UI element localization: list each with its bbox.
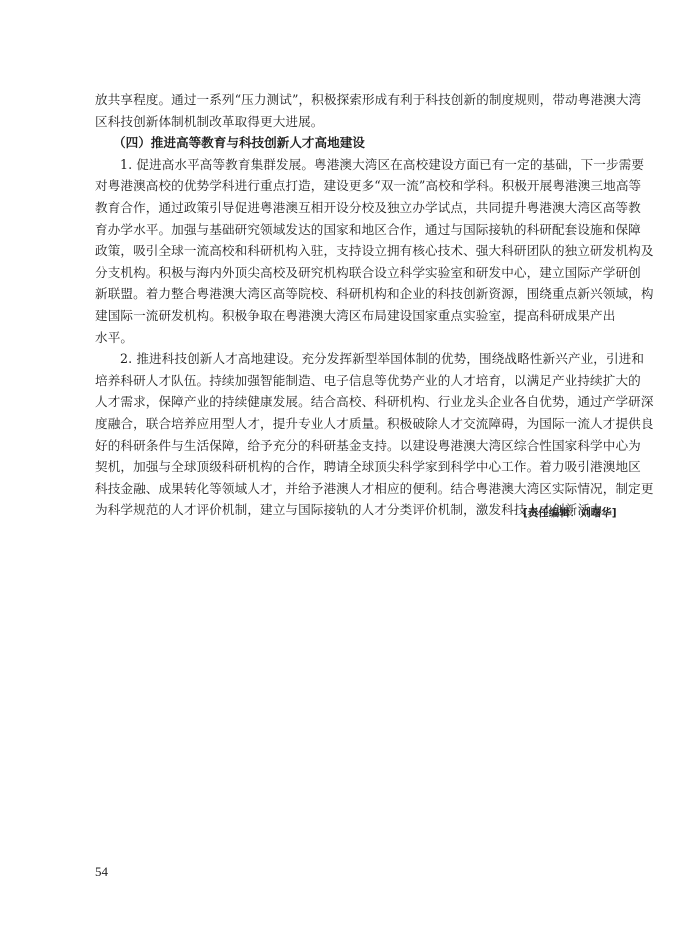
text-line: 建国际一流研发机构。积极争取在粤港澳大湾区布局建设国家重点实验室，提高科研成果产… bbox=[95, 305, 609, 327]
text-line: 对粤港澳高校的优势学科进行重点打造，建设更多“双一流”高校和学科。积极开展粤港澳… bbox=[95, 175, 609, 197]
text-line: 契机，加强与全球顶级科研机构的合作，聘请全球顶尖科学家到科学中心工作。着力吸引港… bbox=[95, 456, 609, 478]
responsible-editor: [责任编辑：刘曙华] bbox=[523, 505, 617, 520]
text-line: 区科技创新体制机制改革取得更大进展。 bbox=[95, 111, 609, 133]
article-body: 放共享程度。通过一系列“压力测试”，积极探索形成有利于科技创新的制度规则，带动粤… bbox=[95, 89, 609, 521]
text-line: 水平。 bbox=[95, 327, 609, 349]
text-line: 政策，吸引全球一流高校和科研机构入驻，支持设立拥有核心技术、强大科研团队的独立研… bbox=[95, 240, 609, 262]
text-line: 育办学水平。加强与基础研究领域发达的国家和地区合作，通过与国际接轨的科研配套设施… bbox=[95, 219, 609, 241]
text-line: 新联盟。着力整合粤港澳大湾区高等院校、科研机构和企业的科技创新资源，围绕重点新兴… bbox=[95, 283, 609, 305]
text-line: 人才需求，保障产业的持续健康发展。结合高校、科研机构、行业龙头企业各自优势，通过… bbox=[95, 391, 609, 413]
text-line: 教育合作，通过政策引导促进粤港澳互相开设分校及独立办学试点，共同提升粤港澳大湾区… bbox=[95, 197, 609, 219]
text-line: 科技金融、成果转化等领域人才，并给予港澳人才相应的便利。结合粤港澳大湾区实际情况… bbox=[95, 478, 609, 500]
text-line: 度融合，联合培养应用型人才，提升专业人才质量。积极破除人才交流障碍，为国际一流人… bbox=[95, 413, 609, 435]
text-line: 分支机构。积极与海内外顶尖高校及研究机构联合设立科学实验室和研发中心，建立国际产… bbox=[95, 262, 609, 284]
text-line: 培养科研人才队伍。持续加强智能制造、电子信息等优势产业的人才培育，以满足产业持续… bbox=[95, 370, 609, 392]
text-line: 好的科研条件与生活保障，给予充分的科研基金支持。以建设粤港澳大湾区综合性国家科学… bbox=[95, 435, 609, 457]
section-heading: （四）推进高等教育与科技创新人才高地建设 bbox=[95, 132, 609, 154]
page-number: 54 bbox=[95, 864, 108, 880]
text-line: 放共享程度。通过一系列“压力测试”，积极探索形成有利于科技创新的制度规则，带动粤… bbox=[95, 89, 609, 111]
paragraph-2-start: 2. 推进科技创新人才高地建设。充分发挥新型举国体制的优势，围绕战略性新兴产业，… bbox=[95, 348, 609, 370]
paragraph-1-start: 1. 促进高水平高等教育集群发展。粤港澳大湾区在高校建设方面已有一定的基础，下一… bbox=[95, 154, 609, 176]
